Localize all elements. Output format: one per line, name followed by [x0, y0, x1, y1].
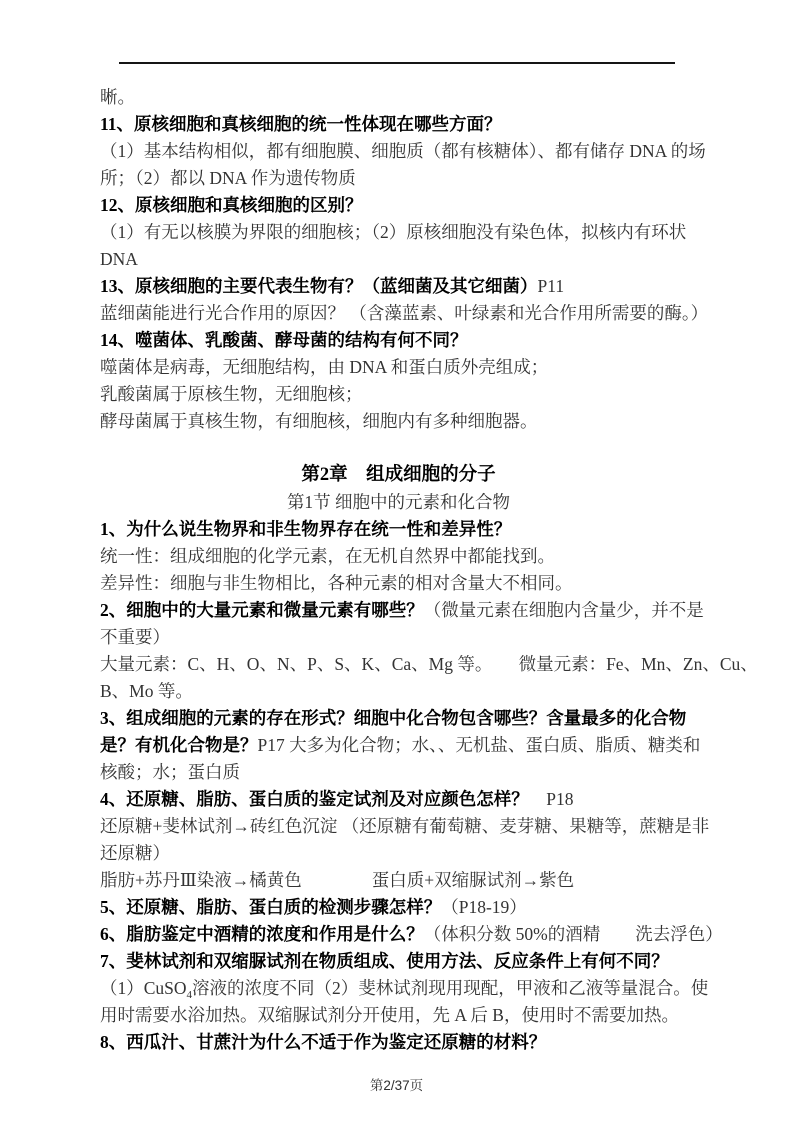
document-body: 晰。11、原核细胞和真核细胞的统一性体现在哪些方面？（1）基本结构相似，都有细胞… — [100, 84, 697, 1056]
bold-text-run: 1、为什么说生物界和非生物界存在统一性和差异性？ — [100, 519, 511, 539]
text-run: 差异性：细胞与非生物相比，各种元素的相对含量大不相同。 — [100, 573, 573, 593]
answer-line: 蓝细菌能进行光合作用的原因？ （含藻蓝素、叶绿素和光合作用所需要的酶。） — [100, 300, 697, 327]
bold-text-run: 11、原核细胞和真核细胞的统一性体现在哪些方面？ — [100, 114, 502, 134]
question-line: 4、还原糖、脂肪、蛋白质的鉴定试剂及对应颜色怎样？ P18 — [100, 786, 697, 813]
question-line: 8、西瓜汁、甘蔗汁为什么不适于作为鉴定还原糖的材料？ — [100, 1029, 697, 1056]
document-page: 晰。11、原核细胞和真核细胞的统一性体现在哪些方面？（1）基本结构相似，都有细胞… — [0, 0, 793, 1122]
answer-line: 晰。 — [100, 84, 697, 111]
text-run: （体积分数 50%的酒精 洗去浮色） — [424, 924, 723, 944]
answer-line: 乳酸菌属于原核生物，无细胞核； — [100, 381, 697, 408]
question-line: 3、组成细胞的元素的存在形式？细胞中化合物包含哪些？含量最多的化合物 — [100, 705, 697, 732]
text-run: P11 — [538, 276, 565, 296]
answer-line: 差异性：细胞与非生物相比，各种元素的相对含量大不相同。 — [100, 570, 697, 597]
question-line: 1、为什么说生物界和非生物界存在统一性和差异性？ — [100, 516, 697, 543]
question-line: 13、原核细胞的主要代表生物有？（蓝细菌及其它细菌）P11 — [100, 273, 697, 300]
question-line: 5、还原糖、脂肪、蛋白质的检测步骤怎样？（P18-19） — [100, 894, 697, 921]
text-run: 乳酸菌属于原核生物，无细胞核； — [100, 384, 363, 404]
text-run: 所；（2）都以 DNA 作为遗传物质 — [100, 168, 356, 188]
text-run: （1）CuSO — [100, 978, 187, 998]
text-run: （微量元素在细胞内含量少，并不是 — [424, 600, 704, 620]
text-run: P18 — [529, 789, 574, 809]
bold-text-run: 6、脂肪鉴定中酒精的浓度和作用是什么？ — [100, 924, 424, 944]
answer-line: 还原糖） — [100, 840, 697, 867]
bold-text-run: 8、西瓜汁、甘蔗汁为什么不适于作为鉴定还原糖的材料？ — [100, 1032, 546, 1052]
question-line: 2、细胞中的大量元素和微量元素有哪些？（微量元素在细胞内含量少，并不是 — [100, 597, 697, 624]
answer-line: B、Mo 等。 — [100, 678, 697, 705]
text-run: 还原糖） — [100, 843, 170, 863]
answer-line: 脂肪+苏丹Ⅲ染液→橘黄色 蛋白质+双缩脲试剂→紫色 — [100, 867, 697, 894]
bold-text-run: 14、噬菌体、乳酸菌、酵母菌的结构有何不同？ — [100, 330, 468, 350]
text-run: B、Mo 等。 — [100, 681, 193, 701]
text-run: 溶液的浓度不同（2）斐林试剂现用现配，甲液和乙液等量混合。使 — [192, 978, 708, 998]
answer-line: DNA — [100, 246, 697, 273]
question-line: 6、脂肪鉴定中酒精的浓度和作用是什么？（体积分数 50%的酒精 洗去浮色） — [100, 921, 697, 948]
bold-text-run: 13、原核细胞的主要代表生物有？（蓝细菌及其它细菌） — [100, 276, 538, 296]
answer-line: 用时需要水浴加热。双缩脲试剂分开使用，先 A 后 B，使用时不需要加热。 — [100, 1002, 697, 1029]
answer-line: 大量元素：C、H、O、N、P、S、K、Ca、Mg 等。 微量元素：Fe、Mn、Z… — [100, 651, 697, 678]
section-heading: 第1节 细胞中的元素和化合物 — [100, 489, 697, 516]
answer-line: 不重要） — [100, 624, 697, 651]
text-run: 酵母菌属于真核生物，有细胞核，细胞内有多种细胞器。 — [100, 411, 538, 431]
answer-line: 核酸；水；蛋白质 — [100, 759, 697, 786]
bold-text-run: 3、组成细胞的元素的存在形式？细胞中化合物包含哪些？含量最多的化合物 — [100, 708, 686, 728]
page-number: 第2/37页 — [0, 1077, 793, 1095]
text-run: （1）有无以核膜为界限的细胞核；（2）原核细胞没有染色体，拟核内有环状 — [100, 222, 686, 242]
question-line: 是？有机化合物是？P17 大多为化合物；水、、无机盐、蛋白质、脂质、糖类和 — [100, 732, 697, 759]
question-line: 12、原核细胞和真核细胞的区别？ — [100, 192, 697, 219]
text-run: P17 大多为化合物；水、、无机盐、蛋白质、脂质、糖类和 — [258, 735, 701, 755]
chapter-heading: 第2章 组成细胞的分子 — [100, 462, 697, 489]
bold-text-run: 5、还原糖、脂肪、蛋白质的检测步骤怎样？ — [100, 897, 441, 917]
bold-text-run: 第2章 组成细胞的分子 — [301, 465, 495, 485]
answer-line: 酵母菌属于真核生物，有细胞核，细胞内有多种细胞器。 — [100, 408, 697, 435]
header-rule — [119, 62, 675, 64]
text-run: 不重要） — [100, 627, 170, 647]
answer-line: （1）基本结构相似，都有细胞膜、细胞质（都有核糖体）、都有储存 DNA 的场 — [100, 138, 697, 165]
answer-line: 还原糖+斐林试剂→砖红色沉淀 （还原糖有葡萄糖、麦芽糖、果糖等，蔗糖是非 — [100, 813, 697, 840]
text-run: 蓝细菌能进行光合作用的原因？ （含藻蓝素、叶绿素和光合作用所需要的酶。） — [100, 303, 708, 323]
bold-text-run: 4、还原糖、脂肪、蛋白质的鉴定试剂及对应颜色怎样？ — [100, 789, 529, 809]
question-line: 11、原核细胞和真核细胞的统一性体现在哪些方面？ — [100, 111, 697, 138]
text-run: （1）基本结构相似，都有细胞膜、细胞质（都有核糖体）、都有储存 DNA 的场 — [100, 141, 706, 161]
text-run: 统一性：组成细胞的化学元素，在无机自然界中都能找到。 — [100, 546, 555, 566]
answer-line: 统一性：组成细胞的化学元素，在无机自然界中都能找到。 — [100, 543, 697, 570]
bold-text-run: 是？有机化合物是？ — [100, 735, 258, 755]
bold-text-run: 2、细胞中的大量元素和微量元素有哪些？ — [100, 600, 424, 620]
answer-line: 噬菌体是病毒，无细胞结构，由 DNA 和蛋白质外壳组成； — [100, 354, 697, 381]
bold-text-run: 12、原核细胞和真核细胞的区别？ — [100, 195, 363, 215]
answer-line: （1）有无以核膜为界限的细胞核；（2）原核细胞没有染色体，拟核内有环状 — [100, 219, 697, 246]
question-line: 7、斐林试剂和双缩脲试剂在物质组成、使用方法、反应条件上有何不同？ — [100, 948, 697, 975]
question-line: 14、噬菌体、乳酸菌、酵母菌的结构有何不同？ — [100, 327, 697, 354]
text-run: （P18-19） — [441, 897, 527, 917]
answer-line: （1）CuSO4溶液的浓度不同（2）斐林试剂现用现配，甲液和乙液等量混合。使 — [100, 975, 697, 1002]
bold-text-run: 7、斐林试剂和双缩脲试剂在物质组成、使用方法、反应条件上有何不同？ — [100, 951, 669, 971]
answer-line: 所；（2）都以 DNA 作为遗传物质 — [100, 165, 697, 192]
text-run: 噬菌体是病毒，无细胞结构，由 DNA 和蛋白质外壳组成； — [100, 357, 548, 377]
text-run: DNA — [100, 249, 138, 269]
text-run: 第1节 细胞中的元素和化合物 — [287, 492, 510, 512]
text-run: 晰。 — [100, 87, 135, 107]
text-run: 脂肪+苏丹Ⅲ染液→橘黄色 蛋白质+双缩脲试剂→紫色 — [100, 870, 574, 890]
blank-line — [100, 435, 697, 462]
text-run: 用时需要水浴加热。双缩脲试剂分开使用，先 A 后 B，使用时不需要加热。 — [100, 1005, 679, 1025]
text-run: 核酸；水；蛋白质 — [100, 762, 240, 782]
text-run: 大量元素：C、H、O、N、P、S、K、Ca、Mg 等。 微量元素：Fe、Mn、Z… — [100, 654, 758, 674]
text-run: 还原糖+斐林试剂→砖红色沉淀 （还原糖有葡萄糖、麦芽糖、果糖等，蔗糖是非 — [100, 816, 709, 836]
